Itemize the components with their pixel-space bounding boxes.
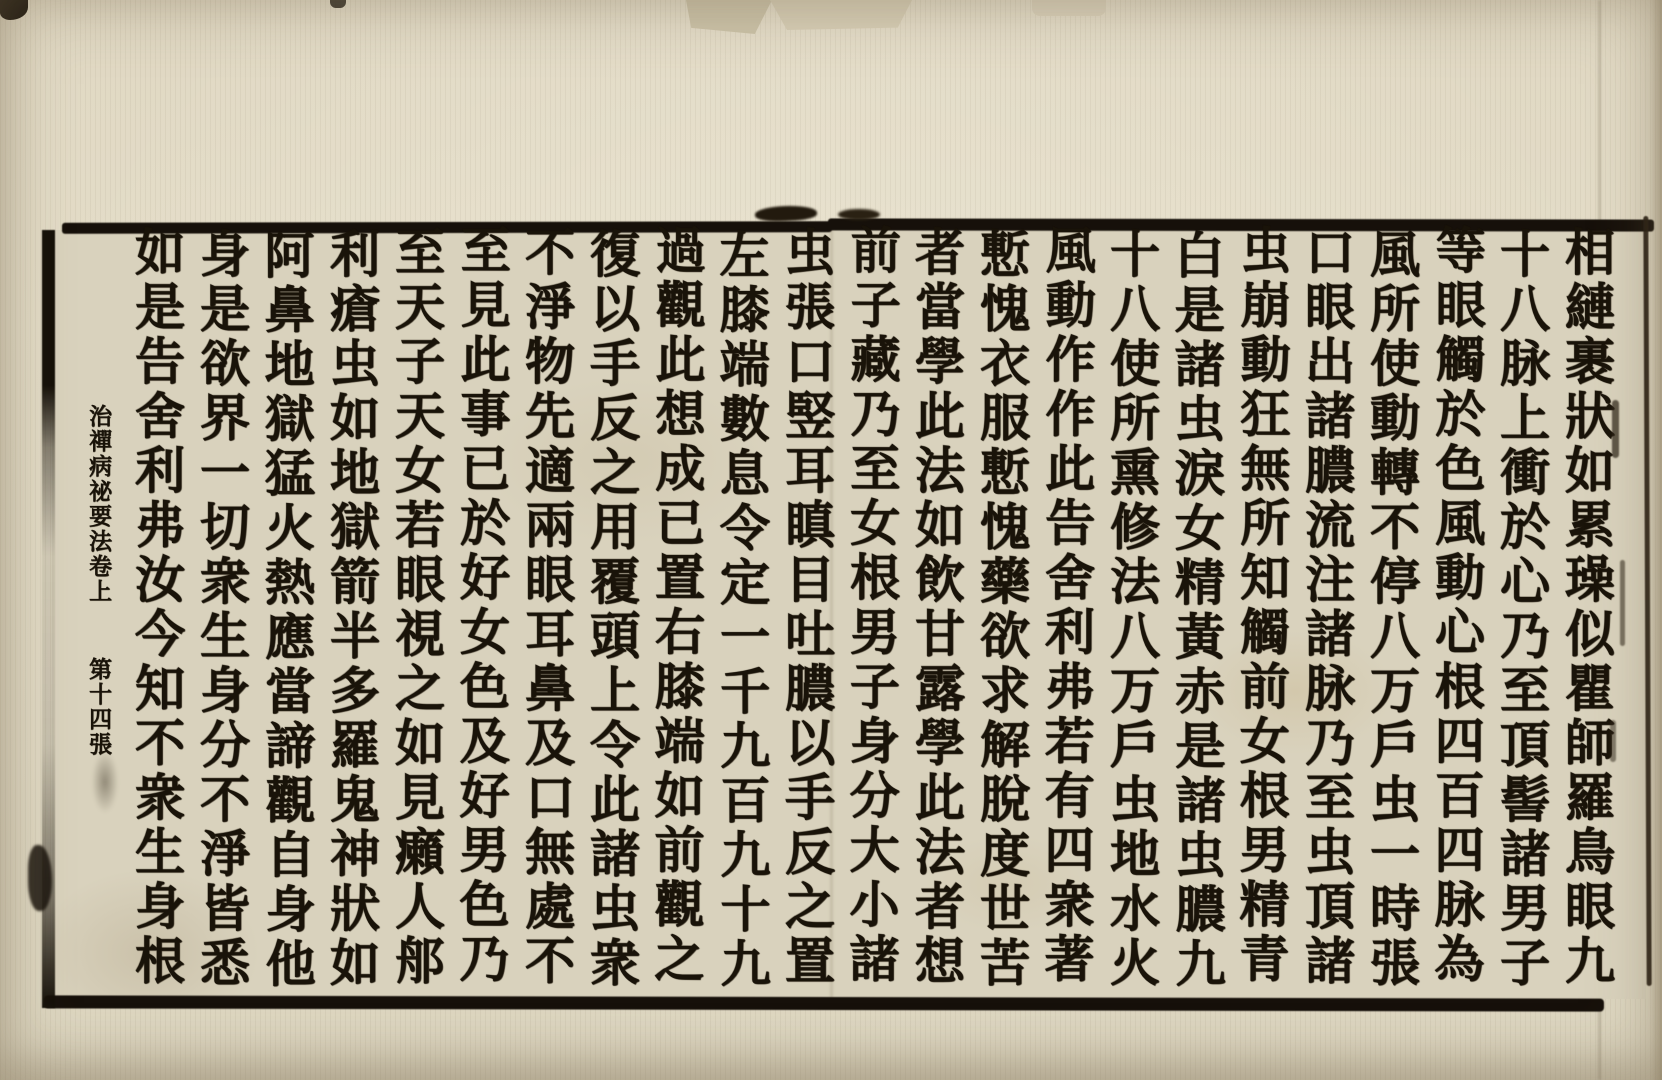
text-column: 相縺裹狀如累璪似瞿師羅鳥眼九	[1553, 226, 1618, 994]
text-column: 身是欲界一切衆生身分不淨皆悉	[188, 228, 253, 996]
paper-tab	[686, 0, 772, 34]
scroll-title: 治禪病祕要法卷上	[86, 404, 111, 604]
sheet-caption-column: 治禪病祕要法卷上 第十四張	[79, 404, 117, 994]
text-column: 如是告舍利弗汝今知不衆生身根	[123, 226, 188, 994]
text-column: 虫張口竪耳瞋目吐膿以手反之置	[773, 226, 838, 994]
manuscript-scan: 相縺裹狀如累璪似瞿師羅鳥眼九 十八脉上衝於心乃至頂髻諸男子 等眼觸於色風動心根四…	[0, 0, 1662, 1080]
text-column: 至見此事已於好女色及好男色乃	[447, 224, 514, 992]
text-column: 者當學此法如飲甘露學此法者想	[903, 226, 968, 994]
frame-border-left	[42, 230, 55, 1008]
text-column: 口眼出諸膿流注諸脉乃至虫頂諸	[1293, 226, 1358, 994]
text-column: 等眼觸於色風動心根四百四脉為	[1422, 224, 1489, 992]
paper-tab	[770, 0, 912, 30]
text-column: 十八脉上衝於心乃至頂髻諸男子	[1488, 228, 1553, 996]
ink-smudge	[0, 0, 28, 20]
text-column: 至天子天女若眼視之如見癩人郍	[383, 226, 448, 994]
text-column: 不淨物先適兩眼耳鼻及口無處不	[513, 226, 578, 994]
text-column: 風動作作此告舍利弗若有四衆著	[1032, 224, 1099, 992]
frame-border-bottom	[44, 995, 1604, 1011]
text-column: 阿鼻地獄猛火熱應當諦觀自身他	[252, 229, 318, 997]
text-column: 白是諸虫淚女精黃赤是諸虫膿九	[1162, 229, 1228, 997]
paper-tab	[1032, 0, 1106, 16]
text-column: 利瘡虫如地獄箭半多羅鬼神狀如	[318, 228, 383, 996]
text-column: 復以手反之用覆頭上令此諸虫衆	[578, 228, 643, 996]
text-column: 虫崩動狂無所知觸前女根男精青	[1227, 224, 1294, 992]
sutra-text-block: 相縺裹狀如累璪似瞿師羅鳥眼九 十八脉上衝於心乃至頂髻諸男子 等眼觸於色風動心根四…	[72, 226, 1618, 994]
text-column: 前子藏乃至女根男子身分大小諸	[837, 224, 904, 992]
text-column: 風所使動轉不停八万戶虫一時張	[1358, 228, 1423, 996]
printed-frame: 相縺裹狀如累璪似瞿師羅鳥眼九 十八脉上衝於心乃至頂髻諸男子 等眼觸於色風動心根四…	[42, 206, 1652, 1012]
sheet-number: 第十四張	[86, 657, 111, 757]
ink-smudge	[330, 0, 346, 8]
text-column: 左膝端數息令定一千九百九十九	[707, 229, 773, 997]
text-column: 十八使所熏修法八万戶虫地水火	[1098, 228, 1163, 996]
text-column: 慙愧衣服慙愧藥欲求解脫度世苦	[968, 228, 1033, 996]
text-column: 過觀此想成已置右膝端如前觀之	[642, 224, 709, 992]
